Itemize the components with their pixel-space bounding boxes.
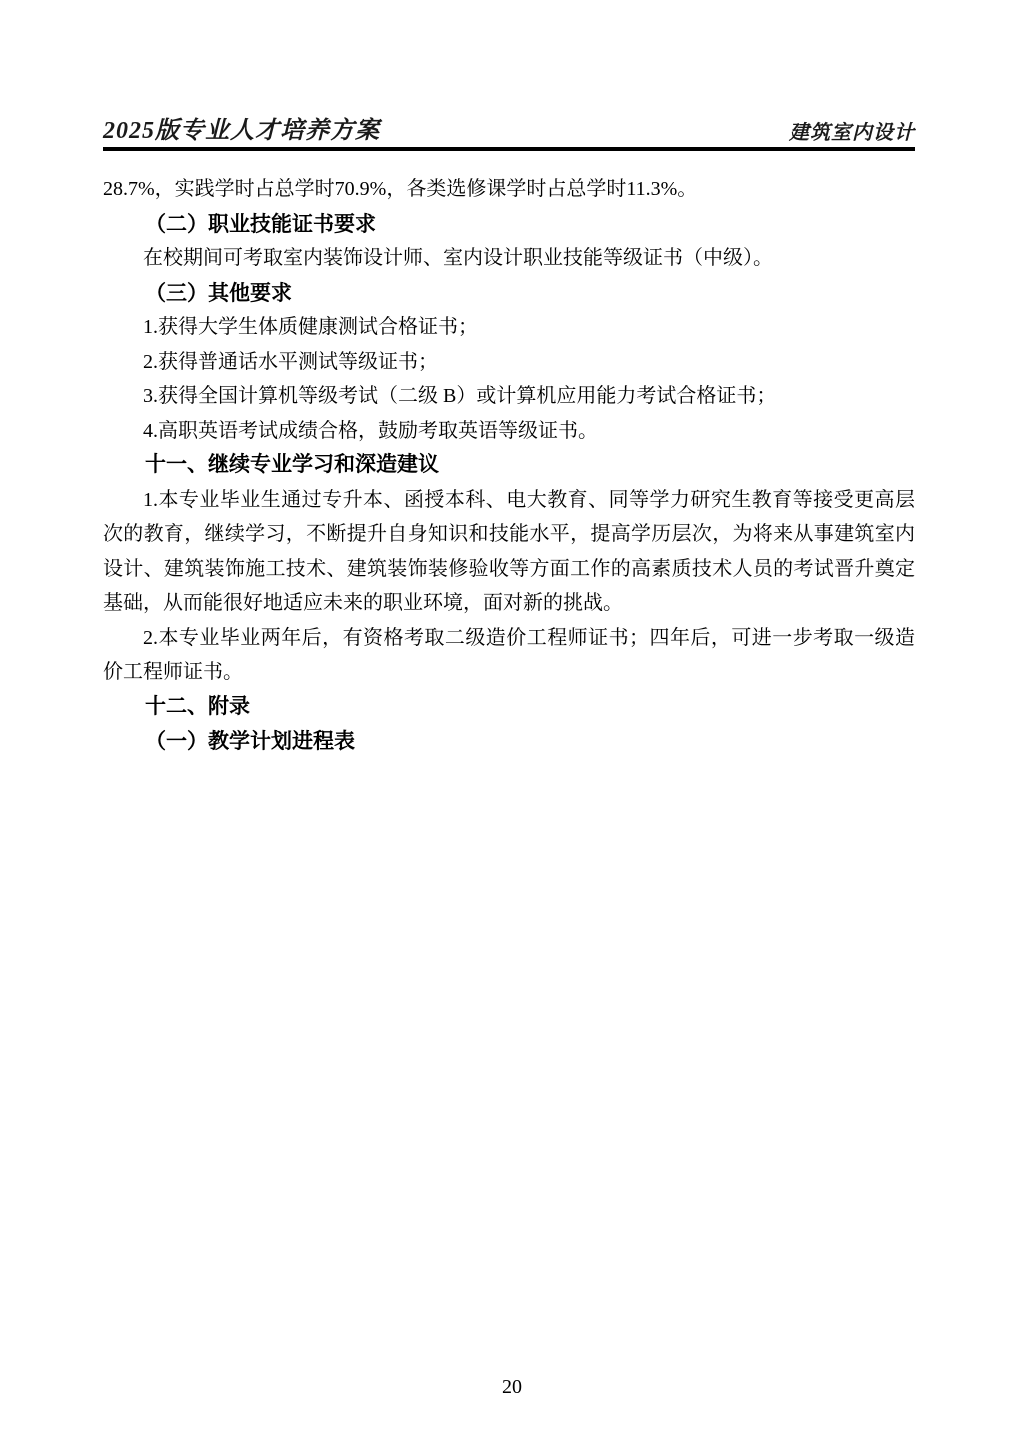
header-right-title: 建筑室内设计 [789,116,915,145]
header-left-title: 2025版专业人才培养方案 [103,110,380,145]
heading-chapter-11-further-study: 十一、继续专业学习和深造建议 [103,448,915,483]
document-page: 2025版专业人才培养方案 建筑室内设计 28.7%，实践学时占总学时70.9%… [0,0,1024,1448]
page-header: 2025版专业人才培养方案 建筑室内设计 [103,110,915,145]
list-item-3: 3.获得全国计算机等级考试（二级 B）或计算机应用能力考试合格证书； [103,379,915,414]
list-item-1: 1.获得大学生体质健康测试合格证书； [103,310,915,345]
heading-section-2-skill-certificates: （二）职业技能证书要求 [103,207,915,242]
paragraph-continuation: 28.7%，实践学时占总学时70.9%，各类选修课学时占总学时11.3%。 [103,172,915,207]
heading-appendix-1-teaching-plan: （一）教学计划进程表 [103,724,915,759]
heading-chapter-12-appendix: 十二、附录 [103,690,915,725]
paragraph-further-education: 1.本专业毕业生通过专升本、函授本科、电大教育、同等学力研究生教育等接受更高层次… [103,483,915,621]
paragraph-certificates: 在校期间可考取室内装饰设计师、室内设计职业技能等级证书（中级）。 [103,241,915,276]
page-number: 20 [0,1376,1024,1399]
paragraph-cost-engineer: 2.本专业毕业两年后，有资格考取二级造价工程师证书；四年后，可进一步考取一级造价… [103,621,915,690]
heading-section-3-other-requirements: （三）其他要求 [103,276,915,311]
list-item-2: 2.获得普通话水平测试等级证书； [103,345,915,380]
document-body: 28.7%，实践学时占总学时70.9%，各类选修课学时占总学时11.3%。 （二… [103,172,915,759]
header-double-rule [103,147,915,151]
list-item-4: 4.高职英语考试成绩合格，鼓励考取英语等级证书。 [103,414,915,449]
